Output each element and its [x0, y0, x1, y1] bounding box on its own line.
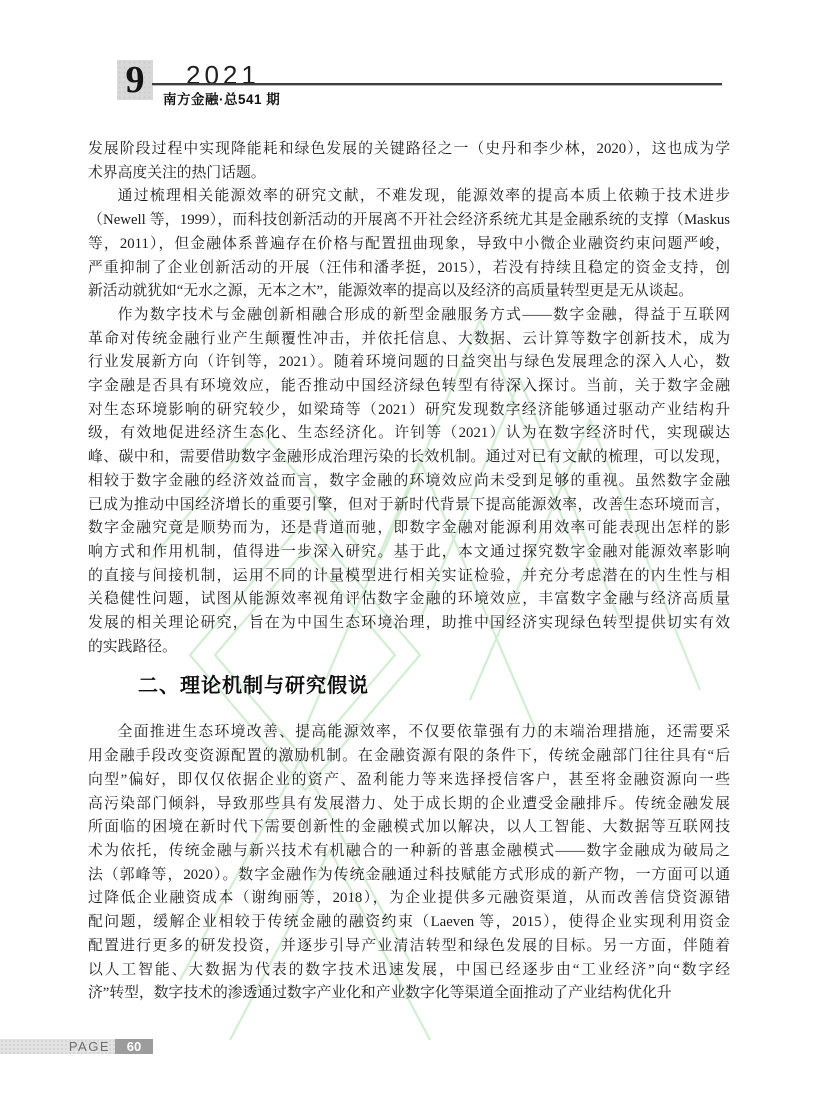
text-line: 数字金融究竟是顺势而为，还是背道而驰，即数字金融对能源利用效率可能表现出怎样的影 — [88, 517, 730, 541]
issue-number-box: 9 — [117, 60, 153, 100]
text-line: 用金融手段改变资源配置的激励机制。在金融资源有限的条件下，传统金融部门往往具有“… — [88, 745, 730, 769]
text-line: （Newell 等，1999），而科技创新活动的开展离不开社会经济系统尤其是金融… — [88, 209, 730, 233]
text-line: 相较于数字金融的经济效益而言，数字金融的环境效应尚未受到足够的重视。虽然数字金融 — [88, 470, 730, 494]
text-line: 配置进行更多的研发投资，并逐步引导产业清洁转型和绿色发展的目标。另一方面，伴随着 — [88, 935, 730, 959]
body-paragraph: 发展阶段过程中实现降能耗和绿色发展的关键路径之一（史丹和李少林，2020），这也… — [88, 138, 730, 185]
text-line: 过降低企业融资成本（谢绚丽等，2018），为企业提供多元融资渠道，从而改善信贷资… — [88, 887, 730, 911]
text-line: 新活动就犹如“无水之源，无本之木”，能源效率的提高以及经济的高质量转型更是无从谈… — [88, 280, 730, 304]
text-line: 所面临的困境在新时代下需要创新性的金融模式加以解决，以人工智能、大数据等互联网技 — [88, 816, 730, 840]
text-line: 发展阶段过程中实现降能耗和绿色发展的关键路径之一（史丹和李少林，2020），这也… — [88, 138, 730, 162]
text-line: 的实践路径。 — [88, 636, 730, 660]
text-line: 响方式和作用机制，值得进一步深入研究。基于此，本文通过探究数字金融对能源效率影响 — [88, 541, 730, 565]
text-line: 配问题，缓解企业相较于传统金融的融资约束（Laeven 等，2015），使得企业… — [88, 911, 730, 935]
journal-name: 南方金融·总541 期 — [163, 88, 280, 108]
issue-number: 9 — [126, 59, 145, 101]
text-line: 的直接与间接机制，运用不同的计量模型进行相关实证检验，并充分考虑潜在的内生性与相 — [88, 565, 730, 589]
footer-page-number: 60 — [115, 1039, 153, 1054]
text-line: 法（郭峰等，2020）。数字金融作为传统金融通过科技赋能方式形成的新产物，一方面… — [88, 864, 730, 888]
text-line: 发展的相关理论研究，旨在为中国生态环境治理，助推中国经济实现绿色转型提供切实有效 — [88, 612, 730, 636]
text-line: 术为依托，传统金融与新兴技术有机融合的一种新的普惠金融模式——数字金融成为破局之 — [88, 840, 730, 864]
text-line: 术界高度关注的热门话题。 — [88, 162, 730, 186]
text-line: 全面推进生态环境改善、提高能源效率，不仅要依靠强有力的末端治理措施，还需要采 — [88, 721, 730, 745]
text-line: 济”转型，数字技术的渗透通过数字产业化和产业数字化等渠道全面推动了产业结构优化升 — [88, 982, 730, 1006]
text-line: 级，有效地促进经济生态化、生态经济化。许钊等（2021）认为在数字经济时代，实现… — [88, 422, 730, 446]
header-rule — [152, 83, 722, 86]
body-paragraph: 全面推进生态环境改善、提高能源效率，不仅要依靠强有力的末端治理措施，还需要采用金… — [88, 721, 730, 1005]
text-line: 行业发展新方向（许钊等，2021）。随着环境问题的日益突出与绿色发展理念的深入人… — [88, 351, 730, 375]
text-line: 关稳健性问题，试图从能源效率视角评估数字金融的环境效应，丰富数字金融与经济高质量 — [88, 588, 730, 612]
text-line: 高污染部门倾斜，导致那些具有发展潜力、处于成长期的企业遭受金融排斥。传统金融发展 — [88, 793, 730, 817]
text-line: 严重抑制了企业创新活动的开展（汪伟和潘孝挺，2015），若没有持续且稳定的资金支… — [88, 257, 730, 281]
text-line: 通过梳理相关能源效率的研究文献，不难发现，能源效率的提高本质上依赖于技术进步 — [88, 185, 730, 209]
text-line: 革命对传统金融行业产生颠覆性冲击，并依托信息、大数据、云计算等数字创新技术，成为 — [88, 328, 730, 352]
text-line: 等，2011），但金融体系普遍存在价格与配置扭曲现象，导致中小微企业融资约束问题… — [88, 233, 730, 257]
body-content: 发展阶段过程中实现降能耗和绿色发展的关键路径之一（史丹和李少林，2020），这也… — [88, 138, 730, 1006]
text-line: 以人工智能、大数据为代表的数字技术迅速发展，中国已经逐步由“工业经济”向“数字经 — [88, 959, 730, 983]
text-line: 峰、碳中和，需要借助数字金融形成治理污染的长效机制。通过对已有文献的梳理，可以发… — [88, 446, 730, 470]
text-line: 向型”偏好，即仅仅依据企业的资产、盈利能力等来选择授信客户，甚至将金融资源向一些 — [88, 769, 730, 793]
footer-page-strip: PAGE 60 — [0, 1039, 153, 1054]
text-line: 已成为推动中国经济增长的重要引擎，但对于新时代背景下提高能源效率，改善生态环境而… — [88, 494, 730, 518]
text-line: 作为数字技术与金融创新相融合形成的新型金融服务方式——数字金融，得益于互联网 — [88, 304, 730, 328]
text-line: 字金融是否具有环境效应，能否推动中国经济绿色转型有待深入探讨。当前，关于数字金融 — [88, 375, 730, 399]
section-heading: 二、理论机制与研究假说 — [138, 673, 730, 699]
body-paragraph: 作为数字技术与金融创新相融合形成的新型金融服务方式——数字金融，得益于互联网革命… — [88, 304, 730, 660]
issue-year: 2021 — [186, 60, 260, 91]
text-line: 对生态环境影响的研究较少，如梁琦等（2021）研究发现数字经济能够通过驱动产业结… — [88, 399, 730, 423]
footer-page-label: PAGE — [69, 1039, 110, 1054]
body-paragraph: 通过梳理相关能源效率的研究文献，不难发现，能源效率的提高本质上依赖于技术进步（N… — [88, 185, 730, 304]
journal-page: 9 2021 南方金融·总541 期 发展阶段过程中实现降能耗和绿色发展的关键路… — [0, 0, 816, 1099]
